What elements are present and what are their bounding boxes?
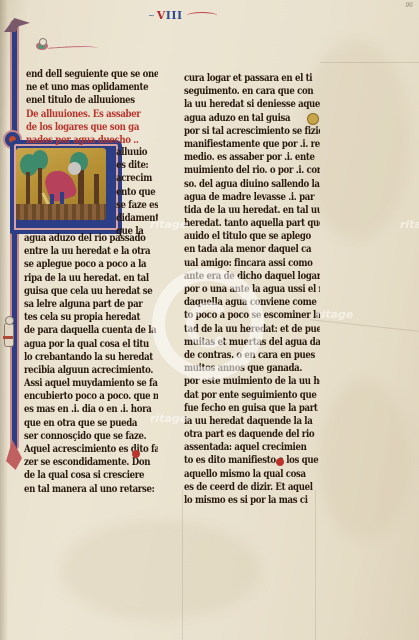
watermark-text: ritage — [316, 308, 353, 321]
gold-paragraph-mark-icon — [307, 113, 319, 125]
watermark-logo-inner — [186, 302, 232, 348]
text-line: en tal manera al uno retarse: — [24, 483, 158, 498]
ruling-line — [182, 490, 183, 640]
watermark-text: ritage — [150, 412, 187, 425]
flourish-icon: ~ — [148, 11, 155, 20]
chapter-numeral: VIII — [157, 9, 183, 22]
parchment-crease — [310, 319, 419, 331]
red-paragraph-mark-icon — [132, 450, 140, 458]
watermark-text: ritage — [400, 218, 419, 231]
tree-icon — [32, 150, 48, 170]
ground — [16, 204, 106, 220]
watermark-text: ritage — [150, 218, 187, 231]
bird-tail-flourish — [48, 44, 98, 52]
chapter-heading: ~ VIII — [148, 9, 217, 22]
grotesque-figure-icon — [2, 316, 14, 352]
text-line: lo mismo es si por la mas ci — [184, 494, 320, 509]
parchment-crease — [320, 62, 419, 63]
border-terminal-icon — [6, 440, 22, 470]
miniature-illustration — [16, 148, 106, 220]
numeral-blue-part: III — [166, 9, 183, 22]
manuscript-page: 96 ~ VIII end dell seguiente que se on — [0, 0, 419, 640]
ruling-line — [315, 490, 316, 640]
parchment-stain — [320, 380, 410, 540]
red-paragraph-mark-icon — [276, 458, 284, 466]
folio-number: 96 — [405, 2, 413, 9]
pen-flourish-icon — [187, 12, 217, 19]
parchment-stain — [60, 520, 260, 620]
numeral-red-part: V — [157, 9, 166, 22]
left-column-upper: end dell seguiente que se one ne et uno … — [26, 68, 158, 147]
border-bar — [10, 20, 19, 450]
